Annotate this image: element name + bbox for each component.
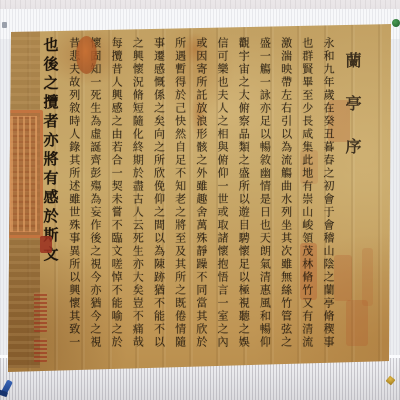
green-pushpin-icon xyxy=(392,19,400,27)
text-column: 之興懷況脩短隨化終期於盡古人云死生亦大矣豈不痛哉 xyxy=(131,37,143,370)
text-column: 事遷感慨係之矣向之所欣俛仰之間以為陳跡猶不能不以 xyxy=(152,37,164,370)
round-seal-icon xyxy=(76,36,97,74)
text-column: 觀宇宙之大俯察品類之盛所以遊目騁懷足以極視聽之娛 xyxy=(237,37,249,370)
text-column: 懷固知一死生為虛誕齊彭殤為妄作後之視今亦猶今之視 xyxy=(89,37,101,370)
faded-seal-icon xyxy=(362,248,373,306)
text-column: 盛一觴一詠亦足以暢敘幽情是日也天朗氣清惠風和暢仰 xyxy=(258,37,270,370)
small-red-seal-icon xyxy=(40,236,52,253)
text-column: 激湍映帶左右引以為流觴曲水列坐其次雖無絲竹管弦之 xyxy=(279,37,291,370)
text-column: 信可樂也夫人之相與俯仰一世或取諸懷抱悟言一室之內 xyxy=(216,37,228,370)
red-inscription-block xyxy=(34,338,47,362)
faded-seal-icon xyxy=(346,300,368,346)
text-column: 所遇暫得於己快然自足不知老之將至及其所之既倦情隨 xyxy=(174,37,186,370)
title-column: 蘭亭序 xyxy=(341,52,364,242)
calligraphy-paper: 蘭亭序 永和九年歲在癸丑暮春之初會于會稽山陰之蘭亭脩稧事 也群賢畢至少長咸集此地… xyxy=(0,0,400,400)
scroll-photograph: 蘭亭序 永和九年歲在癸丑暮春之初會于會稽山陰之蘭亭脩稧事 也群賢畢至少長咸集此地… xyxy=(0,0,400,400)
calligraphy-columns: 永和九年歲在癸丑暮春之初會于會稽山陰之蘭亭脩稧事 也群賢畢至少長咸集此地有崇山峻… xyxy=(42,37,334,370)
text-column: 昔悲夫故列敘時人錄其所述雖世殊事異所以興懷其致一 xyxy=(68,37,80,370)
text-column: 每攬昔人興感之由若合一契未嘗不臨文嗟悼不能喻之於 xyxy=(110,37,122,370)
faded-seal-icon xyxy=(334,255,352,301)
text-column: 永和九年歲在癸丑暮春之初會于會稽山陰之蘭亭脩稧事 xyxy=(322,37,334,370)
red-inscription-block xyxy=(34,292,47,332)
text-column: 也群賢畢至少長咸集此地有崇山峻領茂林脩竹又有清流 xyxy=(301,37,313,370)
text-column: 或因寄所託放浪形骸之外雖趣舍萬殊靜躁不同當其欣於 xyxy=(195,37,207,370)
gray-pushpin-icon xyxy=(2,22,7,28)
